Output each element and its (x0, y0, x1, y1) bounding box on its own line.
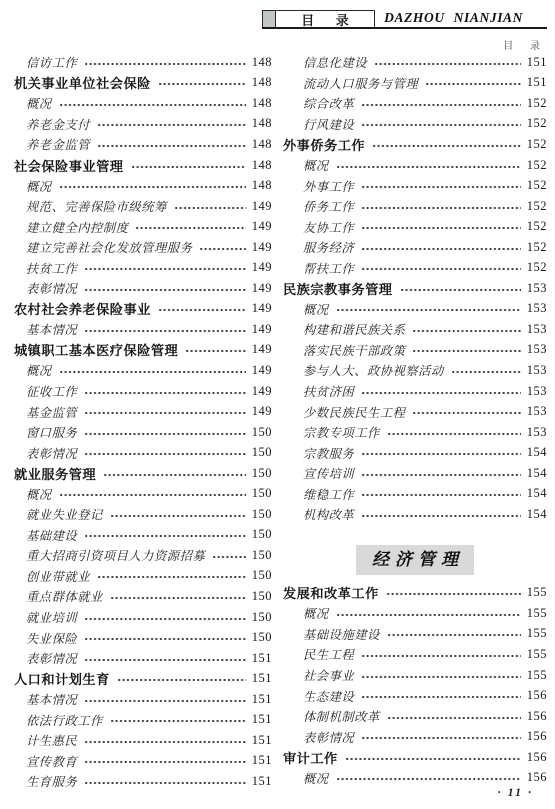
entry-page: 149 (252, 199, 272, 214)
entry-label: 概况 (303, 604, 329, 622)
entry-label: 扶贫工作 (26, 259, 77, 277)
leader-dots (336, 165, 521, 169)
entry-page: 155 (527, 647, 547, 662)
entry-label: 养老金支付 (26, 115, 90, 133)
entry-page: 156 (527, 688, 547, 703)
entry-page: 148 (252, 178, 272, 193)
toc-entry: 依法行政工作151 (14, 710, 272, 731)
entry-page: 150 (252, 568, 272, 583)
entry-label: 概况 (26, 485, 52, 503)
entry-label: 基本情况 (26, 690, 77, 708)
toc-column-right: 信息化建设151流动人口服务与管理151综合改革152行风建设152外事侨务工作… (283, 52, 547, 792)
entry-page: 149 (252, 301, 272, 316)
leader-dots (84, 760, 246, 764)
toc-entry: 审计工作156 (283, 747, 547, 768)
leader-dots (59, 493, 246, 497)
entry-page: 152 (527, 116, 547, 131)
toc-entry: 侨务工作152 (283, 196, 547, 217)
entry-label: 服务经济 (303, 238, 354, 256)
entry-label: 养老金监管 (26, 135, 90, 153)
entry-page: 152 (527, 240, 547, 255)
entry-label: 审计工作 (283, 748, 338, 767)
entry-label: 规范、完善保险市级统筹 (26, 197, 167, 215)
entry-label: 概况 (303, 769, 329, 787)
toc-entry: 体制机制改革156 (283, 706, 547, 727)
entry-label: 体制机制改革 (303, 707, 380, 725)
entry-page: 151 (252, 753, 272, 768)
leader-dots (425, 82, 521, 86)
leader-dots (387, 716, 521, 720)
leader-dots (400, 288, 521, 292)
toc-entry: 基础建设150 (14, 525, 272, 546)
entry-label: 重大招商引资项目人力资源招募 (26, 546, 205, 564)
entry-page: 150 (252, 548, 272, 563)
entry-page: 154 (527, 445, 547, 460)
toc-entry: 窗口服务150 (14, 422, 272, 443)
toc-entry: 表彰情况150 (14, 442, 272, 463)
entry-page: 154 (527, 466, 547, 481)
leader-dots (361, 695, 521, 699)
entry-page: 152 (527, 158, 547, 173)
entry-page: 150 (252, 466, 272, 481)
leader-dots (374, 62, 521, 66)
leader-dots (97, 123, 246, 127)
toc-entry: 少数民族民生工程153 (283, 401, 547, 422)
entry-label: 人口和计划生育 (14, 669, 110, 688)
leader-dots (361, 226, 521, 230)
entry-label: 表彰情况 (26, 444, 77, 462)
entry-page: 148 (252, 116, 272, 131)
leader-dots (185, 349, 246, 353)
entry-page: 155 (527, 668, 547, 683)
leader-dots (84, 62, 246, 66)
leader-dots (84, 699, 246, 703)
leader-dots (158, 308, 246, 312)
entry-page: 148 (252, 96, 272, 111)
entry-page: 148 (252, 137, 272, 152)
entry-label: 宣传教育 (26, 752, 77, 770)
toc-entry: 概况153 (283, 299, 547, 320)
leader-dots (361, 391, 521, 395)
leader-dots (84, 658, 246, 662)
entry-label: 发展和改革工作 (283, 583, 379, 602)
entry-label: 概况 (303, 300, 329, 318)
toc-entry: 信访工作148 (14, 52, 272, 73)
toc-entry: 表彰情况151 (14, 648, 272, 669)
entry-label: 基础设施建设 (303, 625, 380, 643)
toc-entry: 外事侨务工作152 (283, 134, 547, 155)
entry-label: 建立健全内控制度 (26, 218, 128, 236)
toc-entry: 城镇职工基本医疗保险管理149 (14, 340, 272, 361)
entry-label: 概况 (26, 94, 52, 112)
entry-label: 就业培训 (26, 608, 77, 626)
leader-dots (110, 514, 246, 518)
toc-entry: 养老金监管148 (14, 134, 272, 155)
entry-label: 基本情况 (26, 320, 77, 338)
entry-label: 宗教专项工作 (303, 423, 380, 441)
entry-page: 150 (252, 527, 272, 542)
entry-page: 149 (252, 384, 272, 399)
entry-page: 151 (252, 671, 272, 686)
entry-label: 表彰情况 (303, 728, 354, 746)
toc-entry: 构建和谐民族关系153 (283, 319, 547, 340)
toc-entry: 概况149 (14, 360, 272, 381)
toc-entry: 概况155 (283, 603, 547, 624)
entry-label: 失业保险 (26, 629, 77, 647)
entry-page: 149 (252, 260, 272, 275)
entry-label: 社会保险事业管理 (14, 156, 124, 175)
toc-entry: 就业服务管理150 (14, 463, 272, 484)
leader-dots (110, 719, 246, 723)
leader-dots (135, 226, 245, 230)
entry-label: 宣传培训 (303, 464, 354, 482)
entry-label: 构建和谐民族关系 (303, 320, 405, 338)
entry-label: 侨务工作 (303, 197, 354, 215)
leader-dots (84, 288, 246, 292)
entry-label: 生态建设 (303, 687, 354, 705)
entry-page: 150 (252, 507, 272, 522)
leader-dots (84, 411, 246, 415)
toc-entry: 基金监管149 (14, 401, 272, 422)
toc-entry: 扶贫济困153 (283, 381, 547, 402)
entry-label: 民生工程 (303, 645, 354, 663)
leader-dots (412, 411, 520, 415)
entry-page: 151 (527, 75, 547, 90)
toc-entry: 概况148 (14, 175, 272, 196)
entry-label: 城镇职工基本医疗保险管理 (14, 340, 178, 359)
entry-page: 152 (527, 137, 547, 152)
entry-page: 155 (527, 585, 547, 600)
entry-page: 153 (527, 322, 547, 337)
toc-entry: 机构改革154 (283, 504, 547, 525)
toc-entry: 社会事业155 (283, 665, 547, 686)
entry-page: 149 (252, 281, 272, 296)
toc-entry: 计生惠民151 (14, 730, 272, 751)
leader-dots (412, 349, 520, 353)
toc-entry: 概况148 (14, 93, 272, 114)
entry-page: 149 (252, 240, 272, 255)
entry-label: 创业带就业 (26, 567, 90, 585)
entry-label: 建立完善社会化发放管理服务 (26, 238, 192, 256)
entry-page: 155 (527, 626, 547, 641)
entry-page: 148 (252, 75, 272, 90)
leader-dots (84, 534, 246, 538)
leader-dots (84, 452, 246, 456)
entry-page: 153 (527, 404, 547, 419)
leader-dots (158, 82, 246, 86)
leader-dots (97, 575, 246, 579)
toc-entry: 参与人大、政协视察活动153 (283, 360, 547, 381)
leader-dots (103, 473, 246, 477)
entry-label: 外事工作 (303, 177, 354, 195)
entry-label: 综合改革 (303, 94, 354, 112)
entry-label: 少数民族民生工程 (303, 403, 405, 421)
toc-entry: 基础设施建设155 (283, 624, 547, 645)
leader-dots (412, 329, 520, 333)
toc-entry: 扶贫工作149 (14, 257, 272, 278)
entry-page: 156 (527, 729, 547, 744)
toc-entry: 重大招商引资项目人力资源招募150 (14, 545, 272, 566)
leader-dots (361, 103, 521, 107)
toc-entry: 征收工作149 (14, 381, 272, 402)
running-head: 目 录 (496, 37, 547, 52)
entry-page: 153 (527, 301, 547, 316)
page-number: · 11 · (498, 785, 533, 800)
toc-entry: 宣传教育151 (14, 751, 272, 772)
leader-dots (345, 757, 521, 761)
toc-entry: 就业培训150 (14, 607, 272, 628)
entry-label: 维稳工作 (303, 485, 354, 503)
leader-dots (84, 781, 246, 785)
leader-dots (84, 740, 246, 744)
toc-entry: 服务经济152 (283, 237, 547, 258)
entry-label: 机关事业单位社会保险 (14, 73, 151, 92)
leader-dots (361, 247, 521, 251)
entry-label: 机构改革 (303, 505, 354, 523)
leader-dots (336, 613, 521, 617)
entry-page: 156 (527, 709, 547, 724)
entry-page: 151 (252, 733, 272, 748)
leader-dots (361, 452, 521, 456)
entry-page: 151 (252, 774, 272, 789)
entry-label: 扶贫济困 (303, 382, 354, 400)
entry-label: 表彰情况 (26, 649, 77, 667)
entry-label: 外事侨务工作 (283, 135, 365, 154)
leader-dots (361, 185, 521, 189)
leader-dots (117, 678, 246, 682)
entry-label: 生育服务 (26, 772, 77, 790)
entry-label: 依法行政工作 (26, 711, 103, 729)
toc-entry: 发展和改革工作155 (283, 583, 547, 604)
entry-page: 150 (252, 445, 272, 460)
leader-dots (84, 637, 246, 641)
toc-entry: 表彰情况149 (14, 278, 272, 299)
toc-entry: 生态建设156 (283, 685, 547, 706)
toc-entry: 就业失业登记150 (14, 504, 272, 525)
entry-page: 156 (527, 750, 547, 765)
entry-page: 149 (252, 322, 272, 337)
entry-page: 152 (527, 219, 547, 234)
toc-entry: 建立健全内控制度149 (14, 216, 272, 237)
entry-page: 154 (527, 486, 547, 501)
leader-dots (361, 654, 521, 658)
entry-label: 行风建设 (303, 115, 354, 133)
entry-page: 153 (527, 384, 547, 399)
leader-dots (59, 185, 246, 189)
toc-entry: 养老金支付148 (14, 114, 272, 135)
entry-page: 155 (527, 606, 547, 621)
journal-title: DAZHOU NIANJIAN (384, 10, 523, 26)
entry-label: 社会事业 (303, 666, 354, 684)
entry-page: 151 (252, 712, 272, 727)
toc-content: 信访工作148机关事业单位社会保险148概况148养老金支付148养老金监管14… (14, 52, 547, 792)
leader-dots (84, 617, 246, 621)
leader-dots (372, 144, 521, 148)
entry-label: 概况 (303, 156, 329, 174)
toc-entry: 农村社会养老保险事业149 (14, 299, 272, 320)
entry-label: 流动人口服务与管理 (303, 74, 418, 92)
section-heading-row: 经济管理 (283, 545, 547, 575)
toc-entry: 人口和计划生育151 (14, 668, 272, 689)
entry-page: 151 (527, 55, 547, 70)
entry-page: 148 (252, 158, 272, 173)
entry-page: 148 (252, 55, 272, 70)
entry-page: 149 (252, 404, 272, 419)
toc-entry: 民族宗教事务管理153 (283, 278, 547, 299)
entry-label: 宗教服务 (303, 444, 354, 462)
toc-entry: 基本情况151 (14, 689, 272, 710)
entry-page: 154 (527, 507, 547, 522)
entry-page: 156 (527, 770, 547, 785)
leader-dots (361, 267, 521, 271)
toc-entry: 帮扶工作152 (283, 257, 547, 278)
leader-dots (84, 267, 246, 271)
entry-page: 152 (527, 199, 547, 214)
entry-page: 151 (252, 651, 272, 666)
entry-label: 就业失业登记 (26, 505, 103, 523)
leader-dots (97, 144, 246, 148)
entry-page: 153 (527, 281, 547, 296)
entry-label: 农村社会养老保险事业 (14, 299, 151, 318)
entry-label: 参与人大、政协视察活动 (303, 361, 444, 379)
entry-label: 征收工作 (26, 382, 77, 400)
header-rule (262, 27, 547, 29)
toc-entry: 表彰情况156 (283, 726, 547, 747)
toc-entry: 外事工作152 (283, 175, 547, 196)
leader-dots (361, 493, 521, 497)
leader-dots (361, 206, 521, 210)
entry-page: 152 (527, 178, 547, 193)
leader-dots (361, 514, 521, 518)
leader-dots (199, 247, 245, 251)
entry-label: 计生惠民 (26, 731, 77, 749)
entry-label: 就业服务管理 (14, 464, 96, 483)
entry-page: 150 (252, 589, 272, 604)
leader-dots (336, 777, 521, 781)
toc-entry: 维稳工作154 (283, 483, 547, 504)
entry-page: 153 (527, 342, 547, 357)
entry-page: 149 (252, 342, 272, 357)
entry-label: 重点群体就业 (26, 587, 103, 605)
toc-entry: 生育服务151 (14, 771, 272, 792)
toc-column-left: 信访工作148机关事业单位社会保险148概况148养老金支付148养老金监管14… (14, 52, 272, 792)
entry-label: 窗口服务 (26, 423, 77, 441)
toc-entry: 规范、完善保险市级统筹149 (14, 196, 272, 217)
entry-label: 信访工作 (26, 53, 77, 71)
toc-entry: 宗教服务154 (283, 442, 547, 463)
leader-dots (361, 123, 521, 127)
toc-entry: 综合改革152 (283, 93, 547, 114)
entry-page: 153 (527, 363, 547, 378)
toc-entry: 概况150 (14, 483, 272, 504)
entry-page: 152 (527, 260, 547, 275)
leader-dots (174, 206, 246, 210)
toc-entry: 流动人口服务与管理151 (283, 73, 547, 94)
leader-dots (59, 370, 246, 374)
leader-dots (336, 308, 521, 312)
entry-page: 150 (252, 610, 272, 625)
toc-entry: 基本情况149 (14, 319, 272, 340)
leader-dots (361, 675, 521, 679)
toc-entry: 信息化建设151 (283, 52, 547, 73)
entry-page: 149 (252, 219, 272, 234)
toc-entry: 宗教专项工作153 (283, 422, 547, 443)
entry-page: 150 (252, 630, 272, 645)
entry-label: 落实民族干部政策 (303, 341, 405, 359)
entry-page: 149 (252, 363, 272, 378)
entry-page: 150 (252, 425, 272, 440)
toc-entry: 行风建设152 (283, 114, 547, 135)
toc-entry: 落实民族干部政策153 (283, 340, 547, 361)
leader-dots (84, 432, 246, 436)
entry-page: 153 (527, 425, 547, 440)
entry-label: 民族宗教事务管理 (283, 279, 393, 298)
leader-dots (386, 592, 521, 596)
toc-entry: 友协工作152 (283, 216, 547, 237)
toc-entry: 概况152 (283, 155, 547, 176)
entry-label: 信息化建设 (303, 53, 367, 71)
toc-page: 目 录 DAZHOU NIANJIAN 目 录 信访工作148机关事业单位社会保… (0, 0, 555, 809)
leader-dots (110, 596, 246, 600)
toc-entry: 民生工程155 (283, 644, 547, 665)
toc-entry: 宣传培训154 (283, 463, 547, 484)
leader-dots (131, 165, 246, 169)
toc-entry: 建立完善社会化发放管理服务149 (14, 237, 272, 258)
toc-entry: 失业保险150 (14, 627, 272, 648)
section-heading: 经济管理 (356, 545, 474, 575)
entry-page: 151 (252, 692, 272, 707)
leader-dots (84, 391, 246, 395)
leader-dots (451, 370, 521, 374)
leader-dots (212, 555, 246, 559)
entry-label: 表彰情况 (26, 279, 77, 297)
entry-label: 友协工作 (303, 218, 354, 236)
entry-label: 基金监管 (26, 403, 77, 421)
entry-page: 150 (252, 486, 272, 501)
entry-label: 帮扶工作 (303, 259, 354, 277)
leader-dots (387, 432, 521, 436)
toc-entry: 创业带就业150 (14, 566, 272, 587)
entry-page: 152 (527, 96, 547, 111)
toc-entry: 社会保险事业管理148 (14, 155, 272, 176)
entry-label: 概况 (26, 361, 52, 379)
leader-dots (361, 736, 521, 740)
leader-dots (387, 633, 521, 637)
entry-label: 基础建设 (26, 526, 77, 544)
toc-entry: 重点群体就业150 (14, 586, 272, 607)
entry-label: 概况 (26, 177, 52, 195)
toc-entry: 机关事业单位社会保险148 (14, 73, 272, 94)
leader-dots (361, 473, 521, 477)
leader-dots (84, 329, 246, 333)
leader-dots (59, 103, 246, 107)
